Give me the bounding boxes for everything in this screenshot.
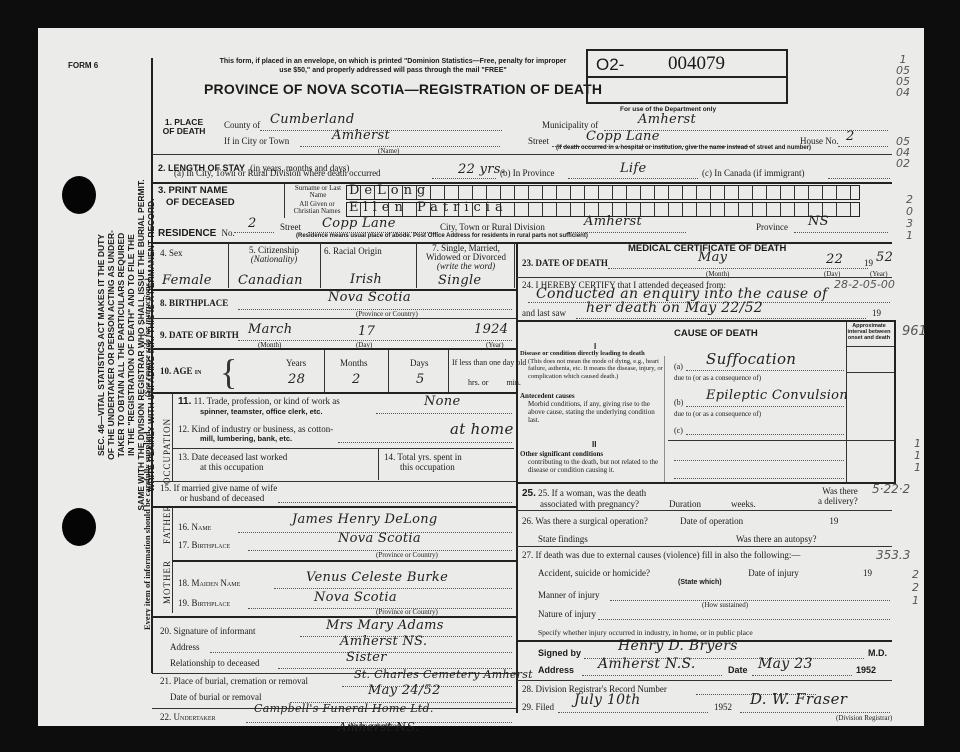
accident-label: Accident, suicide or homicide? Date of i… <box>538 568 872 578</box>
stay-province-label: (b) In Province <box>500 168 554 178</box>
disease-label: Disease or condition directly leading to… <box>520 350 664 380</box>
citizenship-value: Canadian <box>238 273 303 288</box>
house-value: 2 <box>846 129 855 144</box>
filed-value: July 10th <box>574 692 641 708</box>
registration-prefix: O2- <box>596 55 624 75</box>
registration-number: 004079 <box>668 53 725 75</box>
dod-label: 23. DATE OF DEATH <box>522 258 608 268</box>
external-pencil-note: 353.3 <box>876 548 910 562</box>
print-name-label: 3. PRINT NAME OF DECEASED <box>158 185 235 209</box>
dod-month: May <box>698 250 727 265</box>
mother-birthplace-value: Nova Scotia <box>314 590 397 605</box>
manner-label: Manner of injury <box>538 590 599 600</box>
cert-date-label: Date <box>728 665 748 675</box>
residence-row: RESIDENCE No. <box>158 221 235 240</box>
marital-label: 7. Single, Married, Widowed or Divorced … <box>418 244 514 271</box>
punch-hole-bottom <box>62 508 96 546</box>
stay-city-value: 22 yrs. <box>458 162 505 177</box>
margin-notes-top: 1 05 05 04 <box>896 54 910 98</box>
burial-value: St. Charles Cemetery Amherst <box>354 668 533 681</box>
q13-label: 13. Date deceased last worked at this oc… <box>178 452 287 472</box>
hrs-label: hrs. or min. <box>468 378 521 387</box>
cause-pencil-note: 961 <box>902 324 927 339</box>
place-of-death-label: 1. PLACE OF DEATH <box>158 118 210 136</box>
undertaker-value: Campbell's Funeral Home Ltd. <box>254 702 434 715</box>
informant-sig-value: Mrs Mary Adams <box>326 618 444 633</box>
dod-year-prefix: 19 <box>864 258 873 268</box>
months-label: Months <box>340 358 368 368</box>
residence-city-value: Amherst <box>584 214 642 229</box>
citizenship-label: 5. Citizenship (Nationality) <box>234 246 314 264</box>
residence-province-label: Province <box>756 222 788 232</box>
father-side-label: FATHER <box>162 505 172 544</box>
informant-sig-label: 20. Signature of informant <box>160 626 255 636</box>
registration-box: O2- 004079 <box>586 49 788 104</box>
injury-pencil-notes: 2 2 1 <box>912 568 919 607</box>
residence-no-value: 2 <box>248 216 257 231</box>
undertaker-label: 22. Undertaker <box>160 712 216 722</box>
mother-name-label: 18. Maiden Name <box>178 578 240 588</box>
months-value: 2 <box>352 372 361 387</box>
q29-label: 29. Filed <box>522 702 554 712</box>
residence-province-value: NS <box>808 214 829 229</box>
undertaker-address: Amherst NS. <box>338 720 419 734</box>
relationship-value: Sister <box>346 650 387 665</box>
form-number: FORM 6 <box>68 61 98 70</box>
days-value: 5 <box>416 372 425 387</box>
birthplace-value: Nova Scotia <box>328 290 411 305</box>
city-label: If in City or Town <box>224 136 289 146</box>
punch-hole-top <box>62 176 96 214</box>
cause-ticks: 1 1 1 <box>914 438 921 474</box>
last-saw-label: and last saw <box>522 308 566 318</box>
nature-label: Nature of injury <box>538 609 596 619</box>
q11-value: None <box>424 394 460 409</box>
death-registration-form: FORM 6 SEC. 46—VITAL STATISTICS ACT MAKE… <box>38 28 924 726</box>
interval-heading: Approximate interval between onset and d… <box>846 323 892 341</box>
mother-side-label: MOTHER <box>162 560 172 604</box>
stay-province-value: Life <box>620 161 647 176</box>
filed-year: 1952 <box>714 702 732 712</box>
q12-value: at home <box>450 420 514 438</box>
cert-date-value: May 23 <box>758 656 813 672</box>
delivery-pencil-note: 5·22·2 <box>872 482 910 496</box>
residence-street-label: Street <box>280 222 301 232</box>
q15-label: 15. If married give name of wife or husb… <box>160 483 277 503</box>
father-name-value: James Henry DeLong <box>292 512 438 527</box>
surname-label: Surname or Last Name <box>294 185 342 199</box>
cause-a-value: Suffocation <box>706 350 796 368</box>
signed-label: Signed by <box>538 648 581 658</box>
q11-label: 11. 11. Trade, profession, or kind of wo… <box>178 396 340 417</box>
signed-value: Henry D. Bryers <box>618 638 738 654</box>
margin-notes-stay: 05 04 02 <box>896 136 910 169</box>
municipality-value: Amherst <box>638 112 696 127</box>
cert-address-value: Amherst N.S. <box>598 656 696 672</box>
county-value: Cumberland <box>270 112 354 127</box>
cause-heading: CAUSE OF DEATH <box>674 328 758 339</box>
cert-date-year: 1952 <box>856 665 876 675</box>
father-name-label: 16. Name <box>178 522 211 532</box>
specify-label: Specify whether injury occurred in indus… <box>538 628 753 637</box>
informant-address-label: Address <box>170 642 200 652</box>
cause-b-value: Epileptic Convulsion <box>706 388 848 403</box>
residence-note: (Residence means usual place of abode. P… <box>296 233 588 239</box>
antecedent-label: Antecedent causes Morbid conditions, if … <box>520 392 664 424</box>
q26-label: 26. Was there a surgical operation? Date… <box>522 516 838 526</box>
dod-year: 52 <box>876 250 893 265</box>
md-label: M.D. <box>868 648 887 658</box>
page-title: PROVINCE OF NOVA SCOTIA—REGISTRATION OF … <box>204 81 602 97</box>
informant-address-value: Amherst NS. <box>340 634 427 649</box>
mother-name-value: Venus Celeste Burke <box>306 570 448 585</box>
sex-label: 4. Sex <box>160 248 183 258</box>
cert-address-label: Address <box>538 665 574 675</box>
findings-label: State findings Was there an autopsy? <box>538 534 817 544</box>
other-conditions-label: Other significant conditions contributin… <box>520 450 664 474</box>
mailing-notice: This form, if placed in an envelope, on … <box>218 57 568 75</box>
residence-street-value: Copp Lane <box>322 216 396 231</box>
side-instruction: Every item of information should be care… <box>142 278 152 630</box>
age-label: 10. AGE in <box>160 366 201 376</box>
given-label: All Given or Christian Names <box>288 201 346 215</box>
stay-canada-label: (c) In Canada (if immigrant) <box>702 168 804 178</box>
burial-label: 21. Place of burial, cremation or remova… <box>160 676 308 686</box>
dob-label: 9. DATE OF BIRTH <box>160 330 239 340</box>
hospital-note: (If death occurred in a hospital or inst… <box>556 145 811 151</box>
marital-value: Single <box>438 273 481 288</box>
occupation-side-label: OCCUPATION <box>162 418 172 484</box>
stay-city-label: (a) In City, Town or Rural Division wher… <box>174 168 381 178</box>
last-saw-value: her death on May 22/52 <box>586 300 763 316</box>
dob-year: 1924 <box>474 322 508 337</box>
birthplace-label: 8. BIRTHPLACE <box>160 298 228 308</box>
street-label: Street <box>528 136 549 146</box>
q27-label: 27. If death was due to external causes … <box>522 550 800 560</box>
q14-label: 14. Total yrs. spent in this occupation <box>384 452 462 472</box>
days-label: Days <box>410 358 429 368</box>
relationship-label: Relationship to deceased <box>170 658 259 668</box>
given-value: Ellen Patricia <box>349 200 508 215</box>
delivery-label: Was there a delivery? <box>818 486 858 506</box>
street-value: Copp Lane <box>586 129 660 144</box>
burial-date-value: May 24/52 <box>368 683 441 698</box>
burial-date-label: Date of burial or removal <box>170 692 261 702</box>
certify-pencil-note: 28-2-05-00 <box>834 278 895 291</box>
father-birthplace-label: 17. Birthplace <box>178 540 230 550</box>
margin-notes-residence: 2 0 3 1 <box>906 194 913 242</box>
sex-value: Female <box>162 273 212 288</box>
residence-city-label: City, Town or Rural Division <box>440 222 545 232</box>
dob-month: March <box>248 322 292 337</box>
q12-label: 12. Kind of industry or business, as cot… <box>178 424 333 444</box>
mother-birthplace-label: 19. Birthplace <box>178 598 230 608</box>
racial-value: Irish <box>350 272 382 287</box>
county-label: County of <box>224 120 260 130</box>
years-label: Years <box>286 358 306 368</box>
racial-label: 6. Racial Origin <box>324 246 382 256</box>
dod-day: 22 <box>826 252 843 267</box>
years-value: 28 <box>288 372 305 387</box>
dob-day: 17 <box>358 324 375 339</box>
surname-value: DeLong <box>349 183 430 198</box>
city-value: Amherst <box>332 128 390 143</box>
registrar-value: D. W. Fraser <box>750 690 847 708</box>
q25-label: 25. 25. If a woman, was the death associ… <box>522 488 756 509</box>
father-birthplace-value: Nova Scotia <box>338 531 421 546</box>
